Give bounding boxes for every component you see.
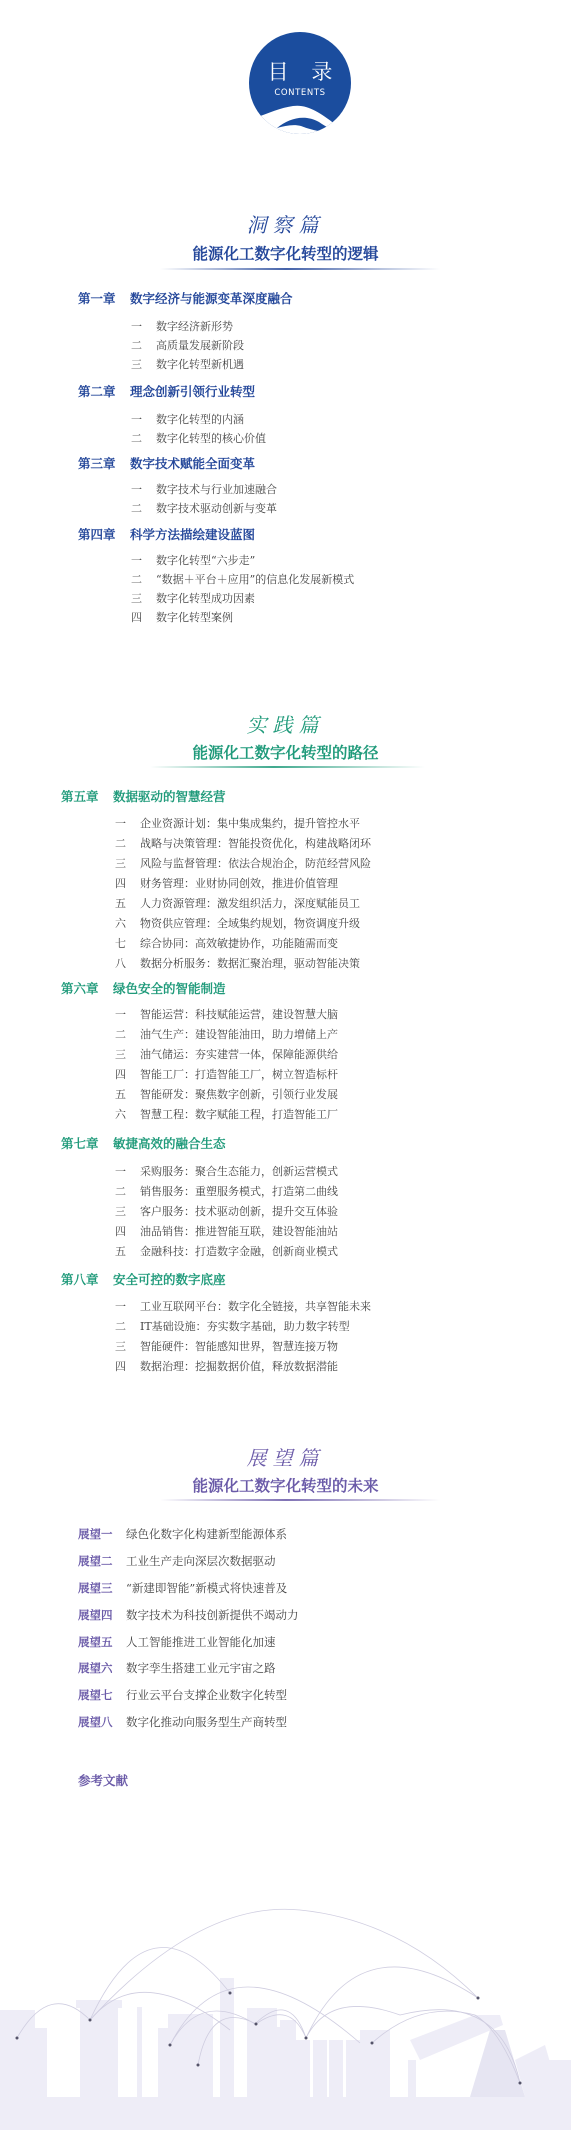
logo-title: 目 录 bbox=[249, 56, 351, 86]
toc-item[interactable]: 六物资供应管理：全域集约规划，物资调度升级 bbox=[115, 915, 360, 931]
chapter-title: 安全可控的数字底座 bbox=[113, 1272, 226, 1287]
toc-item[interactable]: 一工业互联网平台：数字化全链接，共享智能未来 bbox=[115, 1298, 371, 1314]
section-title-insight: 洞察篇 bbox=[0, 209, 571, 238]
toc-item[interactable]: 一数字经济新形势 bbox=[131, 318, 233, 334]
chapter-title: 数字技术赋能全面变革 bbox=[130, 456, 255, 471]
toc-item[interactable]: 二销售服务：重塑服务模式，打造第二曲线 bbox=[115, 1183, 338, 1199]
toc-item[interactable]: 四油品销售：推进智能互联，建设智能油站 bbox=[115, 1223, 338, 1239]
toc-item[interactable]: 二高质量发展新阶段 bbox=[131, 337, 244, 353]
chapter-number: 第五章 bbox=[61, 787, 113, 805]
outlook-item[interactable]: 展望一绿色化数字化构建新型能源体系 bbox=[78, 1526, 287, 1542]
chapter-number: 第七章 bbox=[61, 1134, 113, 1152]
logo-subtitle: CONTENTS bbox=[249, 88, 351, 98]
toc-item[interactable]: 七综合协同：高效敏捷协作，功能随需而变 bbox=[115, 935, 338, 951]
toc-item[interactable]: 一企业资源计划：集中集成集约，提升管控水平 bbox=[115, 815, 360, 831]
outlook-item[interactable]: 展望四数字技术为科技创新提供不竭动力 bbox=[78, 1607, 299, 1623]
chapter-number: 第三章 bbox=[78, 454, 130, 472]
chapter-number: 第六章 bbox=[61, 979, 113, 997]
outlook-item[interactable]: 展望八数字化推动向服务型生产商转型 bbox=[78, 1714, 287, 1730]
section-divider bbox=[150, 766, 425, 768]
toc-item[interactable]: 五人力资源管理：激发组织活力，深度赋能员工 bbox=[115, 895, 360, 911]
toc-item[interactable]: 一智能运营：科技赋能运营，建设智慧大脑 bbox=[115, 1006, 338, 1022]
toc-item[interactable]: 二油气生产：建设智能油田，助力增储上产 bbox=[115, 1026, 338, 1042]
chapter-title: 数字经济与能源变革深度融合 bbox=[130, 291, 293, 306]
section-divider bbox=[160, 1499, 440, 1501]
chapter-title: 数据驱动的智慧经营 bbox=[113, 789, 226, 804]
toc-item[interactable]: 二IT基础设施：夯实数字基础，助力数字转型 bbox=[115, 1318, 350, 1334]
toc-item[interactable]: 一采购服务：聚合生态能力，创新运营模式 bbox=[115, 1163, 338, 1179]
wave-icon bbox=[249, 102, 351, 134]
chapter-title: 绿色安全的智能制造 bbox=[113, 981, 226, 996]
toc-item[interactable]: 四智能工厂：打造智能工厂，树立智造标杆 bbox=[115, 1066, 338, 1082]
outlook-item[interactable]: 展望六数字孪生搭建工业元宇宙之路 bbox=[78, 1660, 276, 1676]
industrial-skyline-illustration bbox=[0, 1900, 571, 2130]
outlook-item[interactable]: 展望二工业生产走向深层次数据驱动 bbox=[78, 1553, 276, 1569]
toc-item[interactable]: 二数字化转型的核心价值 bbox=[131, 430, 266, 446]
chapter-title: 敏捷高效的融合生态 bbox=[113, 1136, 226, 1151]
chapter-title: 科学方法描绘建设蓝图 bbox=[130, 527, 255, 542]
toc-item[interactable]: 三风险与监督管理：依法合规治企，防范经营风险 bbox=[115, 855, 371, 871]
section-divider bbox=[160, 268, 440, 270]
chapter-heading[interactable]: 第三章数字技术赋能全面变革 bbox=[78, 454, 255, 472]
chapter-number: 第八章 bbox=[61, 1270, 113, 1288]
toc-item[interactable]: 三油气储运：夯实建营一体，保障能源供给 bbox=[115, 1046, 338, 1062]
chapter-heading[interactable]: 第五章数据驱动的智慧经营 bbox=[61, 787, 226, 805]
chapter-number: 第四章 bbox=[78, 525, 130, 543]
contents-logo: 目 录 CONTENTS bbox=[249, 32, 351, 134]
toc-item[interactable]: 二“数据＋平台＋应用”的信息化发展新模式 bbox=[131, 571, 354, 587]
toc-item[interactable]: 五智能研发：聚焦数字创新，引领行业发展 bbox=[115, 1086, 338, 1102]
toc-item[interactable]: 二数字技术驱动创新与变革 bbox=[131, 500, 277, 516]
toc-item[interactable]: 三客户服务：技术驱动创新，提升交互体验 bbox=[115, 1203, 338, 1219]
toc-item[interactable]: 八数据分析服务：数据汇聚治理，驱动智能决策 bbox=[115, 955, 360, 971]
chapter-heading[interactable]: 第八章安全可控的数字底座 bbox=[61, 1270, 226, 1288]
chapter-number: 第二章 bbox=[78, 382, 130, 400]
section-title-outlook: 展望篇 bbox=[0, 1442, 571, 1471]
outlook-item[interactable]: 展望七行业云平台支撑企业数字化转型 bbox=[78, 1687, 287, 1703]
toc-item[interactable]: 三数字化转型新机遇 bbox=[131, 356, 244, 372]
toc-item[interactable]: 二战略与决策管理：智能投资优化，构建战略闭环 bbox=[115, 835, 371, 851]
toc-item[interactable]: 三数字化转型成功因素 bbox=[131, 590, 255, 606]
chapter-number: 第一章 bbox=[78, 289, 130, 307]
toc-item[interactable]: 三智能硬件：智能感知世界，智慧连接万物 bbox=[115, 1338, 338, 1354]
chapter-heading[interactable]: 第六章绿色安全的智能制造 bbox=[61, 979, 226, 997]
toc-item[interactable]: 四财务管理：业财协同创效，推进价值管理 bbox=[115, 875, 338, 891]
section-subtitle-insight: 能源化工数字化转型的逻辑 bbox=[0, 242, 571, 264]
toc-item[interactable]: 六智慧工程：数字赋能工程，打造智能工厂 bbox=[115, 1106, 338, 1122]
chapter-heading[interactable]: 第四章科学方法描绘建设蓝图 bbox=[78, 525, 255, 543]
references-link[interactable]: 参考文献 bbox=[78, 1771, 128, 1789]
chapter-title: 理念创新引领行业转型 bbox=[130, 384, 255, 399]
toc-item[interactable]: 一数字化转型的内涵 bbox=[131, 411, 244, 427]
toc-item[interactable]: 五金融科技：打造数字金融，创新商业模式 bbox=[115, 1243, 338, 1259]
toc-item[interactable]: 一数字技术与行业加速融合 bbox=[131, 481, 277, 497]
chapter-heading[interactable]: 第七章敏捷高效的融合生态 bbox=[61, 1134, 226, 1152]
toc-item[interactable]: 一数字化转型“六步走” bbox=[131, 552, 255, 568]
outlook-item[interactable]: 展望五人工智能推进工业智能化加速 bbox=[78, 1634, 276, 1650]
section-subtitle-practice: 能源化工数字化转型的路径 bbox=[0, 741, 571, 763]
chapter-heading[interactable]: 第二章理念创新引领行业转型 bbox=[78, 382, 255, 400]
toc-item[interactable]: 四数字化转型案例 bbox=[131, 609, 233, 625]
section-subtitle-outlook: 能源化工数字化转型的未来 bbox=[0, 1474, 571, 1496]
outlook-item[interactable]: 展望三“新建即智能”新模式将快速普及 bbox=[78, 1580, 287, 1596]
toc-item[interactable]: 四数据治理：挖掘数据价值，释放数据潜能 bbox=[115, 1358, 338, 1374]
chapter-heading[interactable]: 第一章数字经济与能源变革深度融合 bbox=[78, 289, 293, 307]
section-title-practice: 实践篇 bbox=[0, 709, 571, 738]
